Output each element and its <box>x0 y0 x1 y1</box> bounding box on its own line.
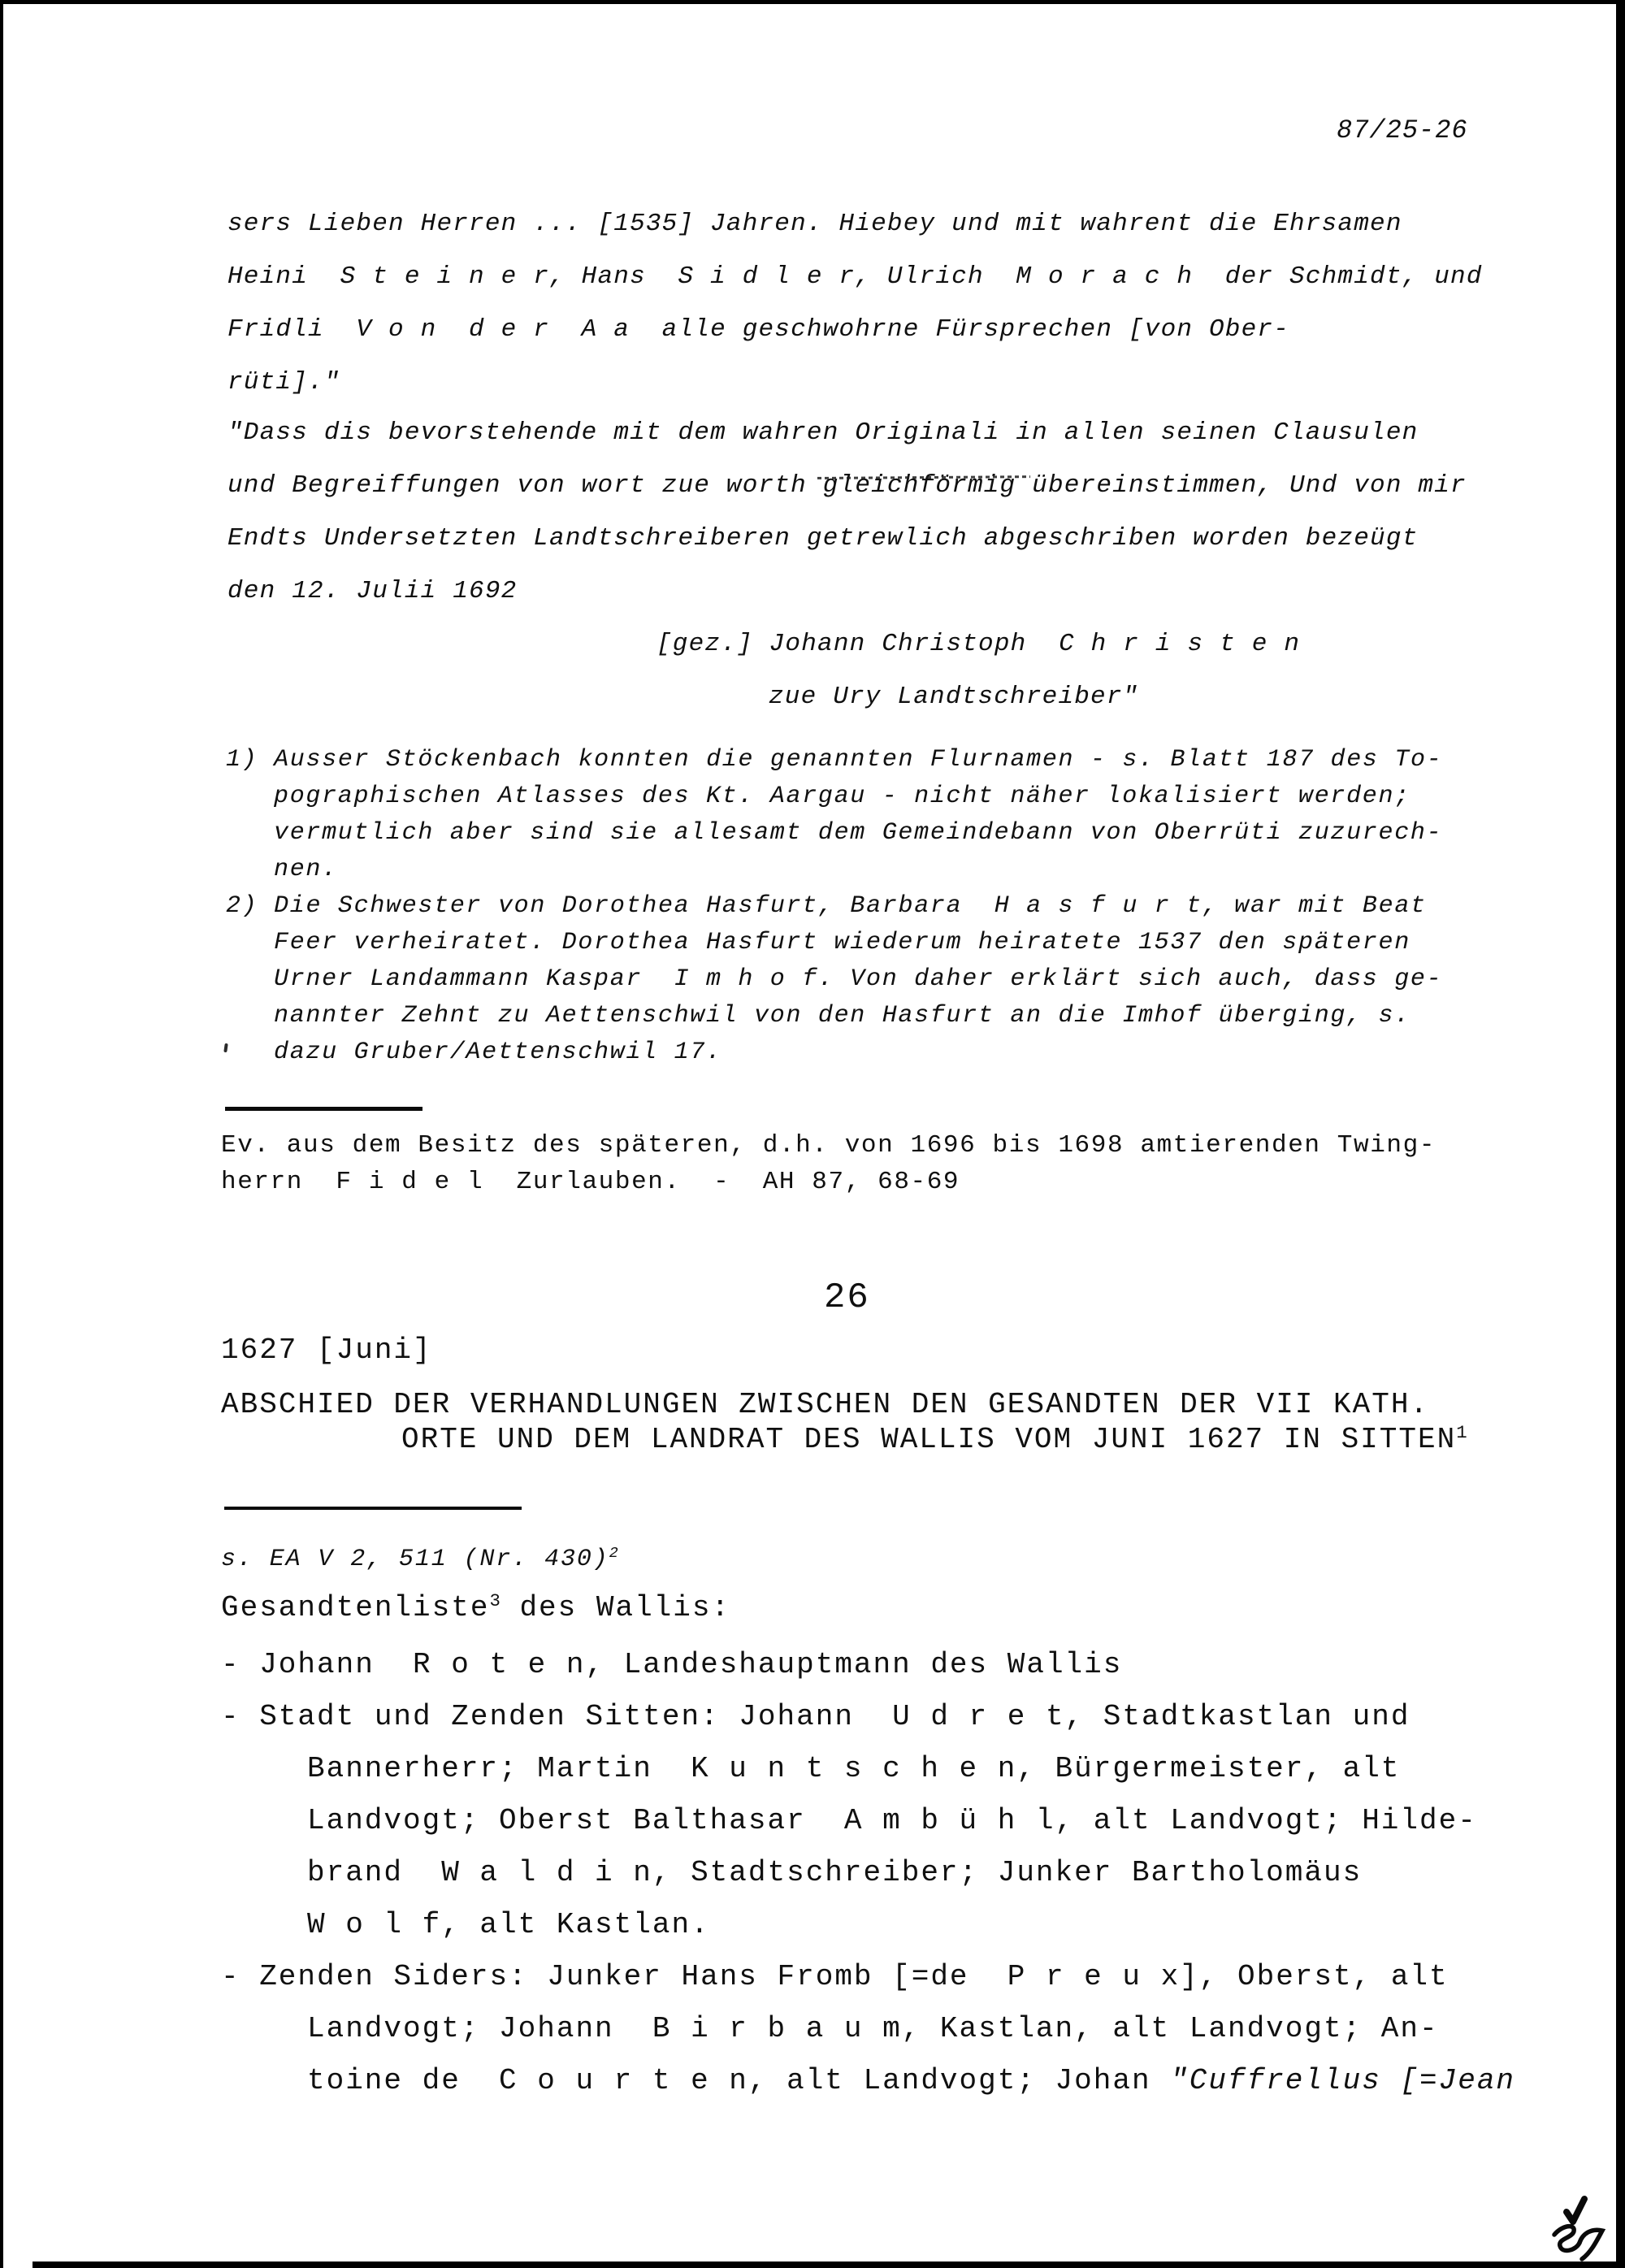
entry-title-line: ORTE UND DEM LANDRAT DES WALLIS VOM JUNI… <box>401 1423 1467 1456</box>
footnote-marker: 1 <box>1456 1422 1467 1443</box>
footnote-line: 1) Ausser Stöckenbach konnten die genann… <box>226 746 1442 774</box>
scan-edge-right <box>1616 0 1625 2268</box>
divider-rule-entry <box>224 1507 522 1510</box>
handwritten-annotation <box>1540 2192 1617 2266</box>
archive-reference-line: s. EA V 2, 511 (Nr. 430)2 <box>221 1546 618 1574</box>
delegate-line: Landvogt; Johann B i r b a u m, Kastlan,… <box>307 2012 1439 2045</box>
entry-title-text: ORTE UND DEM LANDRAT DES WALLIS VOM JUNI… <box>401 1423 1456 1456</box>
quote-line: Fridli V o n d e r A a alle geschwohrne … <box>227 315 1289 345</box>
footnote-marker: 3 <box>489 1590 500 1611</box>
scan-edge-top <box>0 0 1625 4</box>
scan-edge-left <box>0 0 3 2268</box>
delegate-line: W o l f, alt Kastlan. <box>307 1908 710 1941</box>
footnote-line: 2) Die Schwester von Dorothea Hasfurt, B… <box>226 892 1427 921</box>
delegate-line: - Johann R o t e n, Landeshauptmann des … <box>221 1648 1122 1681</box>
delegate-line: Bannerherr; Martin K u n t s c h e n, Bü… <box>307 1752 1400 1785</box>
quote-line: Heini S t e i n e r, Hans S i d l e r, U… <box>227 262 1483 292</box>
footnote-line: Feer verheiratet. Dorothea Hasfurt wiede… <box>274 929 1410 957</box>
provenance-line: Ev. aus dem Besitz des späteren, d.h. vo… <box>221 1131 1436 1160</box>
delegate-line-text: toine de C o u r t e n, alt Landvogt; Jo… <box>307 2064 1170 2097</box>
delegate-line: - Zenden Siders: Junker Hans Fromb [=de … <box>221 1960 1449 1993</box>
page-reference: 87/25-26 <box>1337 116 1468 146</box>
scan-edge-bottom <box>32 2261 1625 2268</box>
quote-line: Endts Undersetzten Landtschreiberen getr… <box>227 524 1418 553</box>
footnote-line: nannter Zehnt zu Aettenschwil von den Ha… <box>274 1002 1410 1030</box>
check-mark-icon <box>1566 2199 1584 2222</box>
footnote-line: vermutlich aber sind sie allesamt dem Ge… <box>274 819 1442 848</box>
entry-number: 26 <box>824 1277 870 1319</box>
entry-title-line: ABSCHIED DER VERHANDLUNGEN ZWISCHEN DEN … <box>221 1388 1429 1421</box>
list-heading-text: Gesandtenliste <box>221 1591 489 1624</box>
handwritten-initials-icon <box>1554 2227 1579 2251</box>
signature-name-line: [gez.] Johann Christoph C h r i s t e n <box>656 630 1300 659</box>
quote-line: sers Lieben Herren ... [1535] Jahren. Hi… <box>227 210 1402 239</box>
entry-date: 1627 [Juni] <box>221 1333 432 1367</box>
quote-line: den 12. Julii 1692 <box>227 577 517 606</box>
delegate-line-latin-name: "Cuffrellus [=Jean <box>1170 2064 1515 2097</box>
delegate-line: Landvogt; Oberst Balthasar A m b ü h l, … <box>307 1804 1477 1837</box>
footnote-line: Urner Landammann Kaspar I m h o f. Von d… <box>274 965 1442 994</box>
delegate-line: - Stadt und Zenden Sitten: Johann U d r … <box>221 1700 1410 1733</box>
footnote-marker: 2 <box>609 1545 618 1562</box>
divider-rule-provenance <box>225 1107 422 1111</box>
footnote-line: nen. <box>274 856 338 884</box>
quote-line: rüti]." <box>227 368 340 397</box>
footnote-line: dazu Gruber/Aettenschwil 17. <box>274 1039 722 1067</box>
list-heading: Gesandtenliste3 des Wallis: <box>221 1591 730 1624</box>
signature-role-line: zue Ury Landtschreiber" <box>769 683 1138 712</box>
archive-reference-text: s. EA V 2, 511 (Nr. 430) <box>221 1546 609 1573</box>
scan-artifact-dot <box>223 1043 227 1052</box>
provenance-line: herrn F i d e l Zurlauben. - AH 87, 68-6… <box>221 1168 960 1197</box>
quote-line: "Dass dis bevorstehende mit dem wahren O… <box>227 418 1418 448</box>
list-heading-rest: des Wallis: <box>500 1591 730 1624</box>
delegate-line: brand W a l d i n, Stadtschreiber; Junke… <box>307 1856 1362 1889</box>
quote-line: und Begreiffungen von wort zue worth gle… <box>227 471 1467 501</box>
handwritten-initials-icon <box>1579 2230 1602 2259</box>
delegate-line: toine de C o u r t e n, alt Landvogt; Jo… <box>307 2064 1515 2097</box>
footnote-line: pographischen Atlasses des Kt. Aargau - … <box>274 783 1410 811</box>
scanned-document-page: 87/25-26 sers Lieben Herren ... [1535] J… <box>0 0 1625 2268</box>
